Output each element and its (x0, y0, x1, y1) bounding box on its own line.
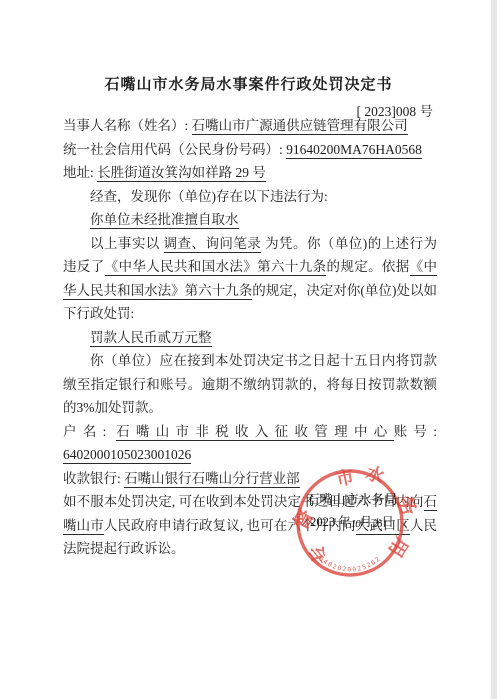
investigation-intro: 经查，发现你（单位)存在以下违法行为: (63, 185, 437, 209)
payment-instruction: 你（单位）应在接到本处罚决定书之日起十五日内将罚款缴至指定银行和账号。逾期不缴纳… (63, 349, 437, 420)
facts-text-3: 的规定。依据 (326, 259, 409, 274)
account-name-label: 户名: (63, 424, 116, 439)
account-number-label: 账号: (394, 424, 437, 439)
bank-value: 石嘴山银行石嘴山分行营业部 (124, 471, 300, 488)
seal-ring-char: 市 (334, 467, 355, 488)
date-year: 2023 年 (310, 515, 351, 529)
date-month-unit: 月 (360, 515, 373, 529)
credit-code-value: 91640200MA76HA0568 (286, 142, 422, 159)
credit-code-field: 统一社会信用代码（公民身份号码）: 91640200MA76HA0568 (63, 138, 437, 162)
party-name-value: 石嘴山市广源通供应链管理有限公司 (192, 118, 408, 135)
date-day-unit: 日 (381, 515, 394, 529)
penalty-decision-document: 石嘴山市水务局水事案件行政处罚决定书 [ 2023]008 号 当事人名称（姓名… (0, 0, 497, 699)
credit-code-label: 统一社会信用代码（公民身份号码）: (63, 142, 286, 157)
bank-label: 收款银行: (63, 471, 124, 486)
facts-and-legal-basis: 以上事实以 调查、询问笔录 为凭。你（单位)的上述行为违反了《中华人民共和国水法… (63, 232, 437, 326)
document-title: 石嘴山市水务局水事案件行政处罚决定书 (0, 73, 497, 94)
party-name-field: 当事人名称（姓名）: 石嘴山市广源通供应链管理有限公司 (63, 114, 437, 138)
law-citation-1: 《中华人民共和国水法》第六十九条 (105, 259, 327, 276)
signature-block: 石嘴山市水务局 2023 年10月26日 (292, 489, 412, 534)
violation-text: 你单位未经批准擅自取水 (90, 212, 239, 229)
violation-finding: 你单位未经批准擅自取水 (63, 208, 437, 232)
evidence-text: 调查、询问笔录 (164, 236, 262, 253)
date-day-handwritten: 26 (372, 518, 381, 530)
party-name-label: 当事人名称（姓名）: (63, 118, 192, 133)
account-name-value: 石嘴山市非税收入征收管理中心 (116, 424, 394, 441)
penalty-amount: 罚款人民币贰万元整 (63, 326, 437, 350)
penalty-amount-text: 罚款人民币贰万元整 (90, 330, 212, 347)
signature-date: 2023 年10月26日 (292, 511, 412, 534)
account-number-value: 6402000105023001026 (63, 447, 191, 464)
address-field: 地址: 长胜街道汝箕沟如祥路 29 号 (63, 161, 437, 185)
address-label: 地址: (63, 165, 97, 180)
scan-edge-strip (491, 0, 497, 699)
facts-text-1: 以上事实以 (90, 236, 164, 251)
payee-account-line: 户名: 石嘴山市非税收入征收管理中心账号: 640200010502300102… (63, 420, 437, 467)
date-month-handwritten: 10 (351, 518, 360, 530)
agency-signature: 石嘴山市水务局 (292, 489, 412, 511)
address-value: 长胜街道汝箕沟如祥路 29 号 (97, 165, 266, 182)
